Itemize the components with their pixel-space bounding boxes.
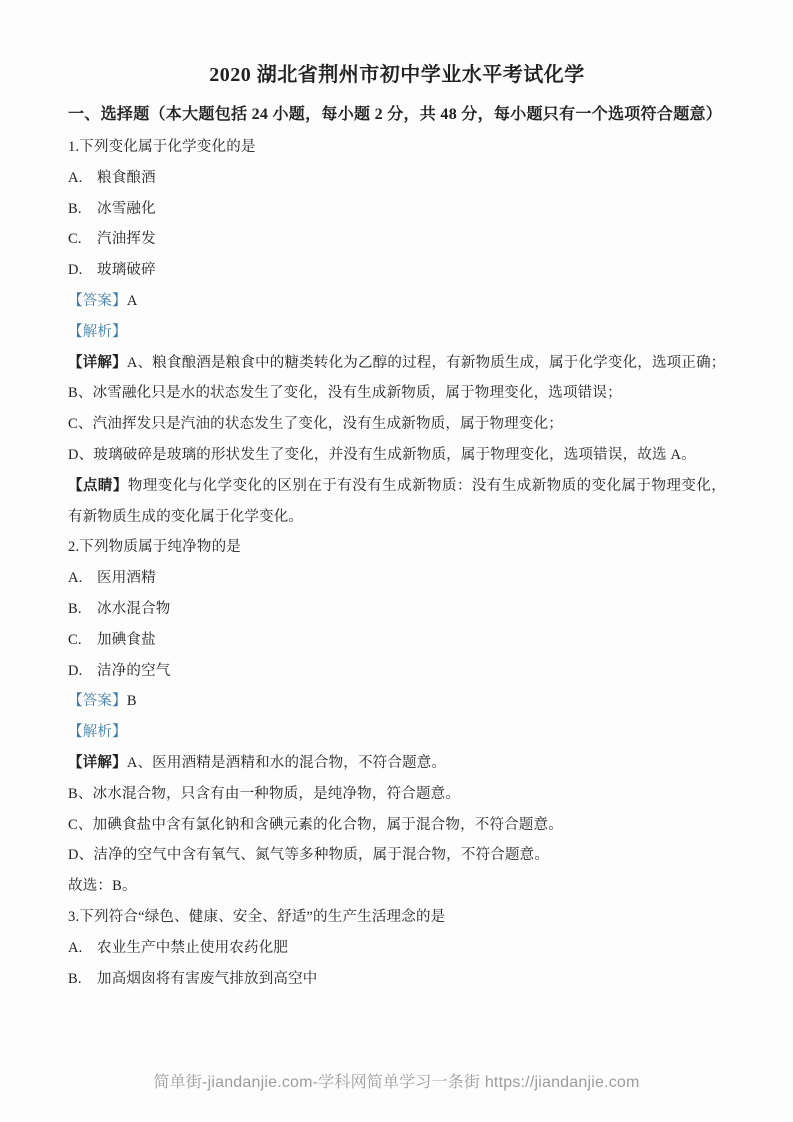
page-title: 2020 湖北省荆州市初中学业水平考试化学: [68, 60, 726, 90]
answer-label: 【答案】: [68, 693, 127, 709]
analysis-label: 【解析】: [68, 324, 127, 340]
question-2-stem: 2.下列物质属于纯净物的是: [68, 532, 726, 563]
question-1-option-c: C.汽油挥发: [68, 224, 726, 255]
option-text: 农业生产中禁止使用农药化肥: [97, 940, 288, 956]
question-1-detail-line-4: D、玻璃破碎是玻璃的形状发生了变化，并没有生成新物质，属于物理变化，选项错误，故…: [68, 440, 726, 471]
question-block-2: 2.下列物质属于纯净物的是 A.医用酒精 B.冰水混合物 C.加碘食盐 D.洁净…: [68, 532, 726, 902]
answer-value: B: [127, 693, 137, 709]
option-letter: B.: [68, 594, 97, 625]
question-2-answer-line: 【答案】B: [68, 686, 726, 717]
option-letter: A.: [68, 563, 97, 594]
analysis-label: 【解析】: [68, 724, 127, 740]
answer-label: 【答案】: [68, 293, 127, 309]
document-page: 2020 湖北省荆州市初中学业水平考试化学 一、选择题（本大题包括 24 小题，…: [0, 0, 793, 1122]
option-text: 冰水混合物: [97, 601, 171, 617]
question-3-stem: 3.下列符合“绿色、健康、安全、舒适”的生产生活理念的是: [68, 902, 726, 933]
question-2-conclusion-line: 故选：B。: [68, 871, 726, 902]
question-2-option-b: B.冰水混合物: [68, 594, 726, 625]
option-text: 玻璃破碎: [97, 262, 156, 278]
option-text: 冰雪融化: [97, 201, 156, 217]
question-block-1: 1.下列变化属于化学变化的是 A.粮食酿酒 B.冰雪融化 C.汽油挥发 D.玻璃…: [68, 132, 726, 532]
footer-watermark: 简单街-jiandanjie.com-学科网简单学习一条街 https://ji…: [0, 1069, 793, 1092]
exam-document: 2020 湖北省荆州市初中学业水平考试化学 一、选择题（本大题包括 24 小题，…: [0, 0, 793, 994]
question-3-option-b: B.加高烟囱将有害废气排放到高空中: [68, 964, 726, 995]
section-heading: 一、选择题（本大题包括 24 小题，每小题 2 分，共 48 分，每小题只有一个…: [68, 98, 726, 132]
option-letter: D.: [68, 255, 97, 286]
question-2-option-a: A.医用酒精: [68, 563, 726, 594]
question-2-option-d: D.洁净的空气: [68, 656, 726, 687]
question-1-detail-line-1: 【详解】A、粮食酿酒是粮食中的糖类转化为乙醇的过程，有新物质生成，属于化学变化，…: [68, 348, 726, 379]
option-letter: A.: [68, 163, 97, 194]
question-1-option-d: D.玻璃破碎: [68, 255, 726, 286]
option-text: 加高烟囱将有害废气排放到高空中: [97, 971, 318, 987]
option-text: 加碘食盐: [97, 632, 156, 648]
question-1-stem: 1.下列变化属于化学变化的是: [68, 132, 726, 163]
option-letter: C.: [68, 625, 97, 656]
option-text: 医用酒精: [97, 570, 156, 586]
question-1-answer-line: 【答案】A: [68, 286, 726, 317]
question-2-option-c: C.加碘食盐: [68, 625, 726, 656]
question-1-detail-line-3: C、汽油挥发只是汽油的状态发生了变化，没有生成新物质，属于物理变化；: [68, 409, 726, 440]
option-letter: A.: [68, 933, 97, 964]
detail-text: A、医用酒精是酒精和水的混合物，不符合题意。: [127, 755, 446, 771]
question-block-3: 3.下列符合“绿色、健康、安全、舒适”的生产生活理念的是 A.农业生产中禁止使用…: [68, 902, 726, 994]
note-text: 物理变化与化学变化的区别在于有没有生成新物质：没有生成新物质的变化属于物理变化，…: [68, 478, 726, 525]
question-1-option-b: B.冰雪融化: [68, 194, 726, 225]
question-2-analysis-line: 【解析】: [68, 717, 726, 748]
option-letter: B.: [68, 964, 97, 995]
question-2-detail-line-2: B、冰水混合物，只含有由一种物质，是纯净物，符合题意。: [68, 779, 726, 810]
question-1-analysis-line: 【解析】: [68, 317, 726, 348]
option-letter: C.: [68, 224, 97, 255]
question-1-note: 【点睛】物理变化与化学变化的区别在于有没有生成新物质：没有生成新物质的变化属于物…: [68, 471, 726, 533]
option-letter: D.: [68, 656, 97, 687]
option-text: 粮食酿酒: [97, 170, 156, 186]
detail-label: 【详解】: [68, 755, 127, 771]
option-letter: B.: [68, 194, 97, 225]
question-1-detail-line-2: B、冰雪融化只是水的状态发生了变化，没有生成新物质，属于物理变化，选项错误；: [68, 378, 726, 409]
question-1-option-a: A.粮食酿酒: [68, 163, 726, 194]
note-label: 【点睛】: [68, 478, 128, 494]
answer-value: A: [127, 293, 138, 309]
question-2-detail-line-4: D、洁净的空气中含有氧气、氮气等多种物质，属于混合物，不符合题意。: [68, 840, 726, 871]
detail-text: A、粮食酿酒是粮食中的糖类转化为乙醇的过程，有新物质生成，属于化学变化，选项正确…: [127, 355, 726, 371]
question-2-detail-line-1: 【详解】A、医用酒精是酒精和水的混合物，不符合题意。: [68, 748, 726, 779]
option-text: 汽油挥发: [97, 231, 156, 247]
option-text: 洁净的空气: [97, 663, 171, 679]
question-2-detail-line-3: C、加碘食盐中含有氯化钠和含碘元素的化合物，属于混合物，不符合题意。: [68, 810, 726, 841]
detail-label: 【详解】: [68, 355, 127, 371]
question-3-option-a: A.农业生产中禁止使用农药化肥: [68, 933, 726, 964]
